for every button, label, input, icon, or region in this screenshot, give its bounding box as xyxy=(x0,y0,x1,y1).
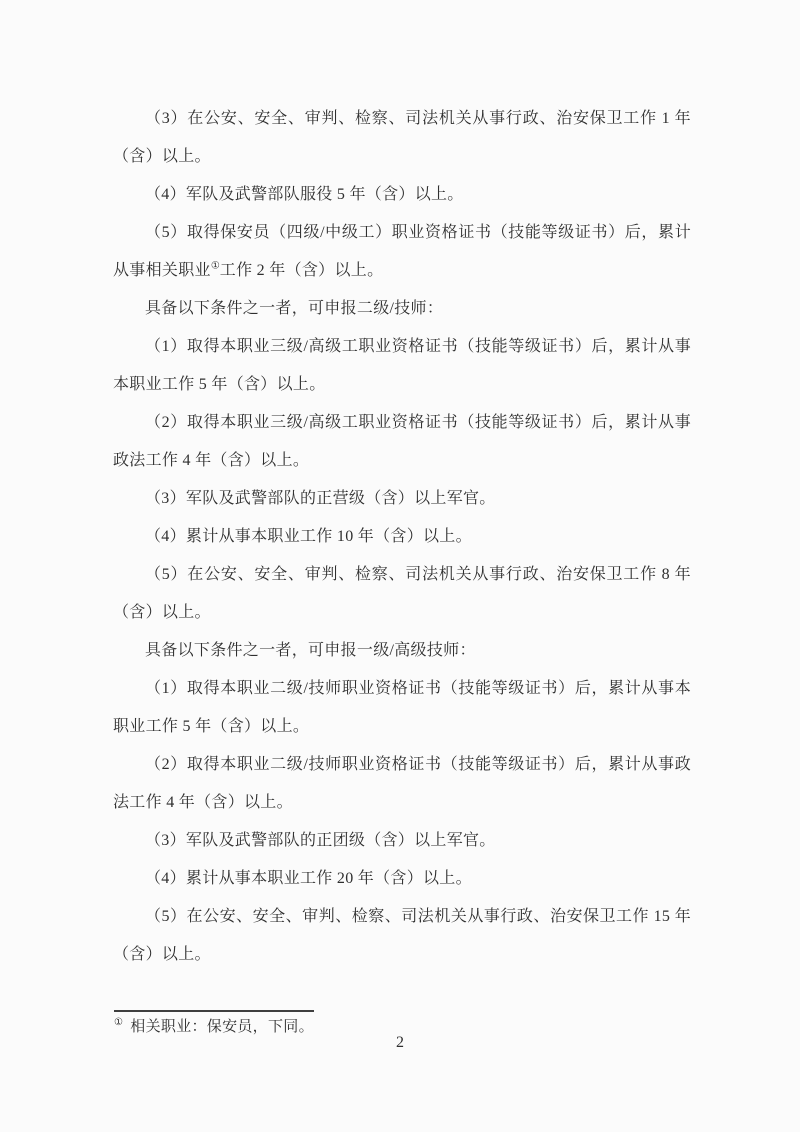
paragraph: （4）累计从事本职业工作 20 年（含）以上。 xyxy=(113,860,691,898)
footnote-text: 相关职业：保安员，下同。 xyxy=(130,1019,314,1035)
document-body: （3）在公安、安全、审判、检察、司法机关从事行政、治安保卫工作 1 年（含）以上… xyxy=(113,100,691,974)
paragraph-text: 具备以下条件之一者，可申报一级/高级技师： xyxy=(145,642,476,659)
paragraph-text: 具备以下条件之一者，可申报二级/技师： xyxy=(145,300,443,317)
footnote-marker: ① xyxy=(114,1017,123,1028)
paragraph: 具备以下条件之一者，可申报一级/高级技师： xyxy=(113,632,691,670)
paragraph: （2）取得本职业二级/技师职业资格证书（技能等级证书）后，累计从事政法工作 4 … xyxy=(113,746,691,822)
paragraph: 具备以下条件之一者，可申报二级/技师： xyxy=(113,290,691,328)
footnote-divider xyxy=(114,1010,314,1012)
paragraph: （5）取得保安员（四级/中级工）职业资格证书（技能等级证书）后，累计从事相关职业… xyxy=(113,214,691,290)
footnote-ref: ① xyxy=(211,261,220,272)
paragraph-text: （5）在公安、安全、审判、检察、司法机关从事行政、治安保卫工作 8 年（含）以上… xyxy=(113,566,691,621)
paragraph-text: （4）军队及武警部队服役 5 年（含）以上。 xyxy=(145,186,464,203)
document-page: （3）在公安、安全、审判、检察、司法机关从事行政、治安保卫工作 1 年（含）以上… xyxy=(0,0,800,1132)
paragraph-text: （2）取得本职业二级/技师职业资格证书（技能等级证书）后，累计从事政法工作 4 … xyxy=(113,756,691,811)
paragraph-text: （1）取得本职业二级/技师职业资格证书（技能等级证书）后，累计从事本职业工作 5… xyxy=(113,680,691,735)
paragraph: （3）军队及武警部队的正营级（含）以上军官。 xyxy=(113,480,691,518)
paragraph: （5）在公安、安全、审判、检察、司法机关从事行政、治安保卫工作 15 年（含）以… xyxy=(113,898,691,974)
paragraph-text: （3）军队及武警部队的正团级（含）以上军官。 xyxy=(145,832,496,849)
paragraph: （4）累计从事本职业工作 10 年（含）以上。 xyxy=(113,518,691,556)
paragraph-text: （1）取得本职业三级/高级工职业资格证书（技能等级证书）后，累计从事本职业工作 … xyxy=(113,338,691,393)
paragraph: （5）在公安、安全、审判、检察、司法机关从事行政、治安保卫工作 8 年（含）以上… xyxy=(113,556,691,632)
paragraph-text: （2）取得本职业三级/高级工职业资格证书（技能等级证书）后，累计从事政法工作 4… xyxy=(113,414,691,469)
paragraph-text: 工作 2 年（含）以上。 xyxy=(220,262,384,279)
paragraph-text: （3）军队及武警部队的正营级（含）以上军官。 xyxy=(145,490,496,507)
paragraph: （2）取得本职业三级/高级工职业资格证书（技能等级证书）后，累计从事政法工作 4… xyxy=(113,404,691,480)
paragraph: （1）取得本职业二级/技师职业资格证书（技能等级证书）后，累计从事本职业工作 5… xyxy=(113,670,691,746)
paragraph: （3）在公安、安全、审判、检察、司法机关从事行政、治安保卫工作 1 年（含）以上… xyxy=(113,100,691,176)
paragraph-text: （4）累计从事本职业工作 20 年（含）以上。 xyxy=(145,870,472,887)
page-number: 2 xyxy=(0,1034,800,1052)
paragraph: （3）军队及武警部队的正团级（含）以上军官。 xyxy=(113,822,691,860)
paragraph-text: （4）累计从事本职业工作 10 年（含）以上。 xyxy=(145,528,472,545)
paragraph: （1）取得本职业三级/高级工职业资格证书（技能等级证书）后，累计从事本职业工作 … xyxy=(113,328,691,404)
paragraph-text: （3）在公安、安全、审判、检察、司法机关从事行政、治安保卫工作 1 年（含）以上… xyxy=(113,110,691,165)
paragraph-text: （5）在公安、安全、审判、检察、司法机关从事行政、治安保卫工作 15 年（含）以… xyxy=(113,908,691,963)
paragraph: （4）军队及武警部队服役 5 年（含）以上。 xyxy=(113,176,691,214)
paragraph-text: （5）取得保安员（四级/中级工）职业资格证书（技能等级证书）后，累计从事相关职业 xyxy=(113,224,691,279)
